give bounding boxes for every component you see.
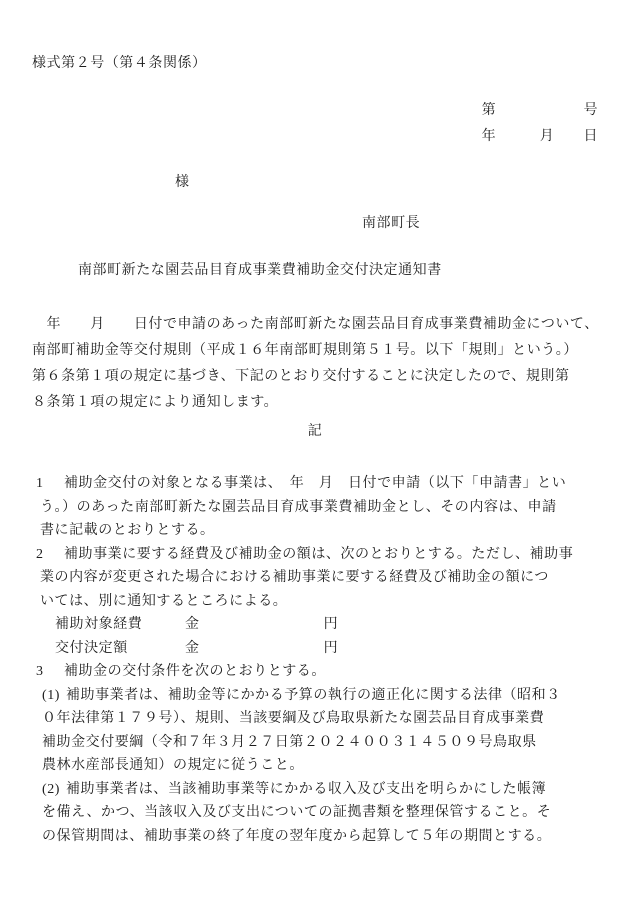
- line-text: 補助事業者は、当該補助事業等にかかる収入及び支出を明らかにした帳簿: [66, 782, 546, 797]
- text-line: 農林水産部長通知）の規定に従うこと。: [32, 754, 612, 778]
- section-marker-ki: 記: [0, 420, 630, 440]
- text-line: 南部町補助金等交付規則（平成１６年南部町規則第５１号。以下「規則」という。）: [32, 338, 598, 364]
- text-line: 3補助金の交付条件を次のとおりとする。: [32, 660, 612, 684]
- text-line: (2)補助事業者は、当該補助事業等にかかる収入及び支出を明らかにした帳簿: [32, 778, 612, 802]
- yen-prefix: 金: [185, 641, 200, 656]
- line-text: 補助事業に要する経費及び補助金の額は、次のとおりとする。ただし、補助事: [64, 547, 573, 562]
- line-text: 業の内容が変更された場合における補助事業に要する経費及び補助金の額につ: [40, 570, 549, 585]
- form-number-label: 様式第２号（第４条関係）: [32, 52, 207, 72]
- sender-title: 南部町長: [362, 212, 420, 232]
- line-text: 補助金交付の対象となる事業は、 年 月 日付で申請（以下「申請書」とい: [64, 476, 566, 491]
- amount-label: 補助対象経費: [55, 613, 185, 637]
- line-text: 補助事業者は、補助金等にかかる予算の執行の適正化に関する法律（昭和３: [66, 688, 561, 703]
- amount-label: 交付決定額: [55, 637, 185, 661]
- amount-row: 補助対象経費金円: [32, 613, 612, 637]
- list-marker: 1: [36, 472, 64, 496]
- line-text: 補助金の交付条件を次のとおりとする。: [64, 664, 326, 679]
- line-text: の保管期間は、補助事業の終了年度の翌年度から起算して５年の期間とする。: [42, 829, 551, 844]
- text-line: を備え、かつ、当該収入及び支出についての証拠書類を整理保管すること。そ: [32, 801, 612, 825]
- text-line: ０年法律第１７９号）、規則、当該要綱及び鳥取県新たな園芸品目育成事業費: [32, 707, 612, 731]
- list-marker: 2: [36, 543, 64, 567]
- line-text: 南部町補助金等交付規則（平成１６年南部町規則第５１号。以下「規則」という。）: [32, 343, 578, 358]
- text-line: の保管期間は、補助事業の終了年度の翌年度から起算して５年の期間とする。: [32, 825, 612, 849]
- text-line: 年 月 日付で申請のあった南部町新たな園芸品目育成事業費補助金について、: [32, 312, 598, 338]
- line-text: 第６条第１項の規定に基づき、下記のとおり交付することに決定したので、規則第: [32, 369, 570, 384]
- text-line: 補助金交付要綱（令和７年３月２７日第２０２４００３１４５０９号鳥取県: [32, 731, 612, 755]
- yen-suffix: 円: [324, 617, 339, 632]
- line-text: を備え、かつ、当該収入及び支出についての証拠書類を整理保管すること。そ: [42, 805, 551, 820]
- list-marker: (2): [42, 778, 66, 802]
- document-page: 様式第２号（第４条関係） 第 号 年 月 日 様 南部町長 南部町新たな園芸品目…: [0, 0, 630, 903]
- line-text: ８条第１項の規定により通知します。: [32, 395, 278, 410]
- text-line: 業の内容が変更された場合における補助事業に要する経費及び補助金の額につ: [32, 566, 612, 590]
- yen-prefix: 金: [185, 617, 200, 632]
- text-line: 第６条第１項の規定に基づき、下記のとおり交付することに決定したので、規則第: [32, 364, 598, 390]
- document-number-line: 第 号: [482, 99, 598, 119]
- line-text: 農林水産部長通知）の規定に従うこと。: [42, 758, 304, 773]
- text-line: う。）のあった南部町新たな園芸品目育成事業費補助金とし、その内容は、申請: [32, 496, 612, 520]
- text-line: (1)補助事業者は、補助金等にかかる予算の執行の適正化に関する法律（昭和３: [32, 684, 612, 708]
- line-text: 書に記載のとおりとする。: [40, 523, 215, 538]
- yen-suffix: 円: [324, 641, 339, 656]
- text-line: ８条第１項の規定により通知します。: [32, 390, 598, 416]
- text-line: いては、別に通知するところによる。: [32, 590, 612, 614]
- line-text: ０年法律第１７９号）、規則、当該要綱及び鳥取県新たな園芸品目育成事業費: [42, 711, 544, 726]
- amount-row: 交付決定額金円: [32, 637, 612, 661]
- text-line: 2補助事業に要する経費及び補助金の額は、次のとおりとする。ただし、補助事: [32, 543, 612, 567]
- line-text: 年 月 日付で申請のあった南部町新たな園芸品目育成事業費補助金について、: [32, 317, 599, 332]
- line-text: う。）のあった南部町新たな園芸品目育成事業費補助金とし、その内容は、申請: [40, 500, 557, 515]
- body-paragraph: 年 月 日付で申請のあった南部町新たな園芸品目育成事業費補助金について、南部町補…: [32, 312, 598, 416]
- list-marker: 3: [36, 660, 64, 684]
- list-marker: (1): [42, 684, 66, 708]
- line-text: 補助金交付要綱（令和７年３月２７日第２０２４００３１４５０９号鳥取県: [42, 735, 537, 750]
- document-title: 南部町新たな園芸品目育成事業費補助金交付決定通知書: [78, 259, 442, 279]
- line-text: いては、別に通知するところによる。: [40, 594, 287, 609]
- text-line: 1補助金交付の対象となる事業は、 年 月 日付で申請（以下「申請書」とい: [32, 472, 612, 496]
- text-line: 書に記載のとおりとする。: [32, 519, 612, 543]
- addressee-honorific: 様: [175, 171, 190, 191]
- conditions-list: 1補助金交付の対象となる事業は、 年 月 日付で申請（以下「申請書」という。）の…: [32, 472, 612, 848]
- date-line: 年 月 日: [482, 125, 598, 145]
